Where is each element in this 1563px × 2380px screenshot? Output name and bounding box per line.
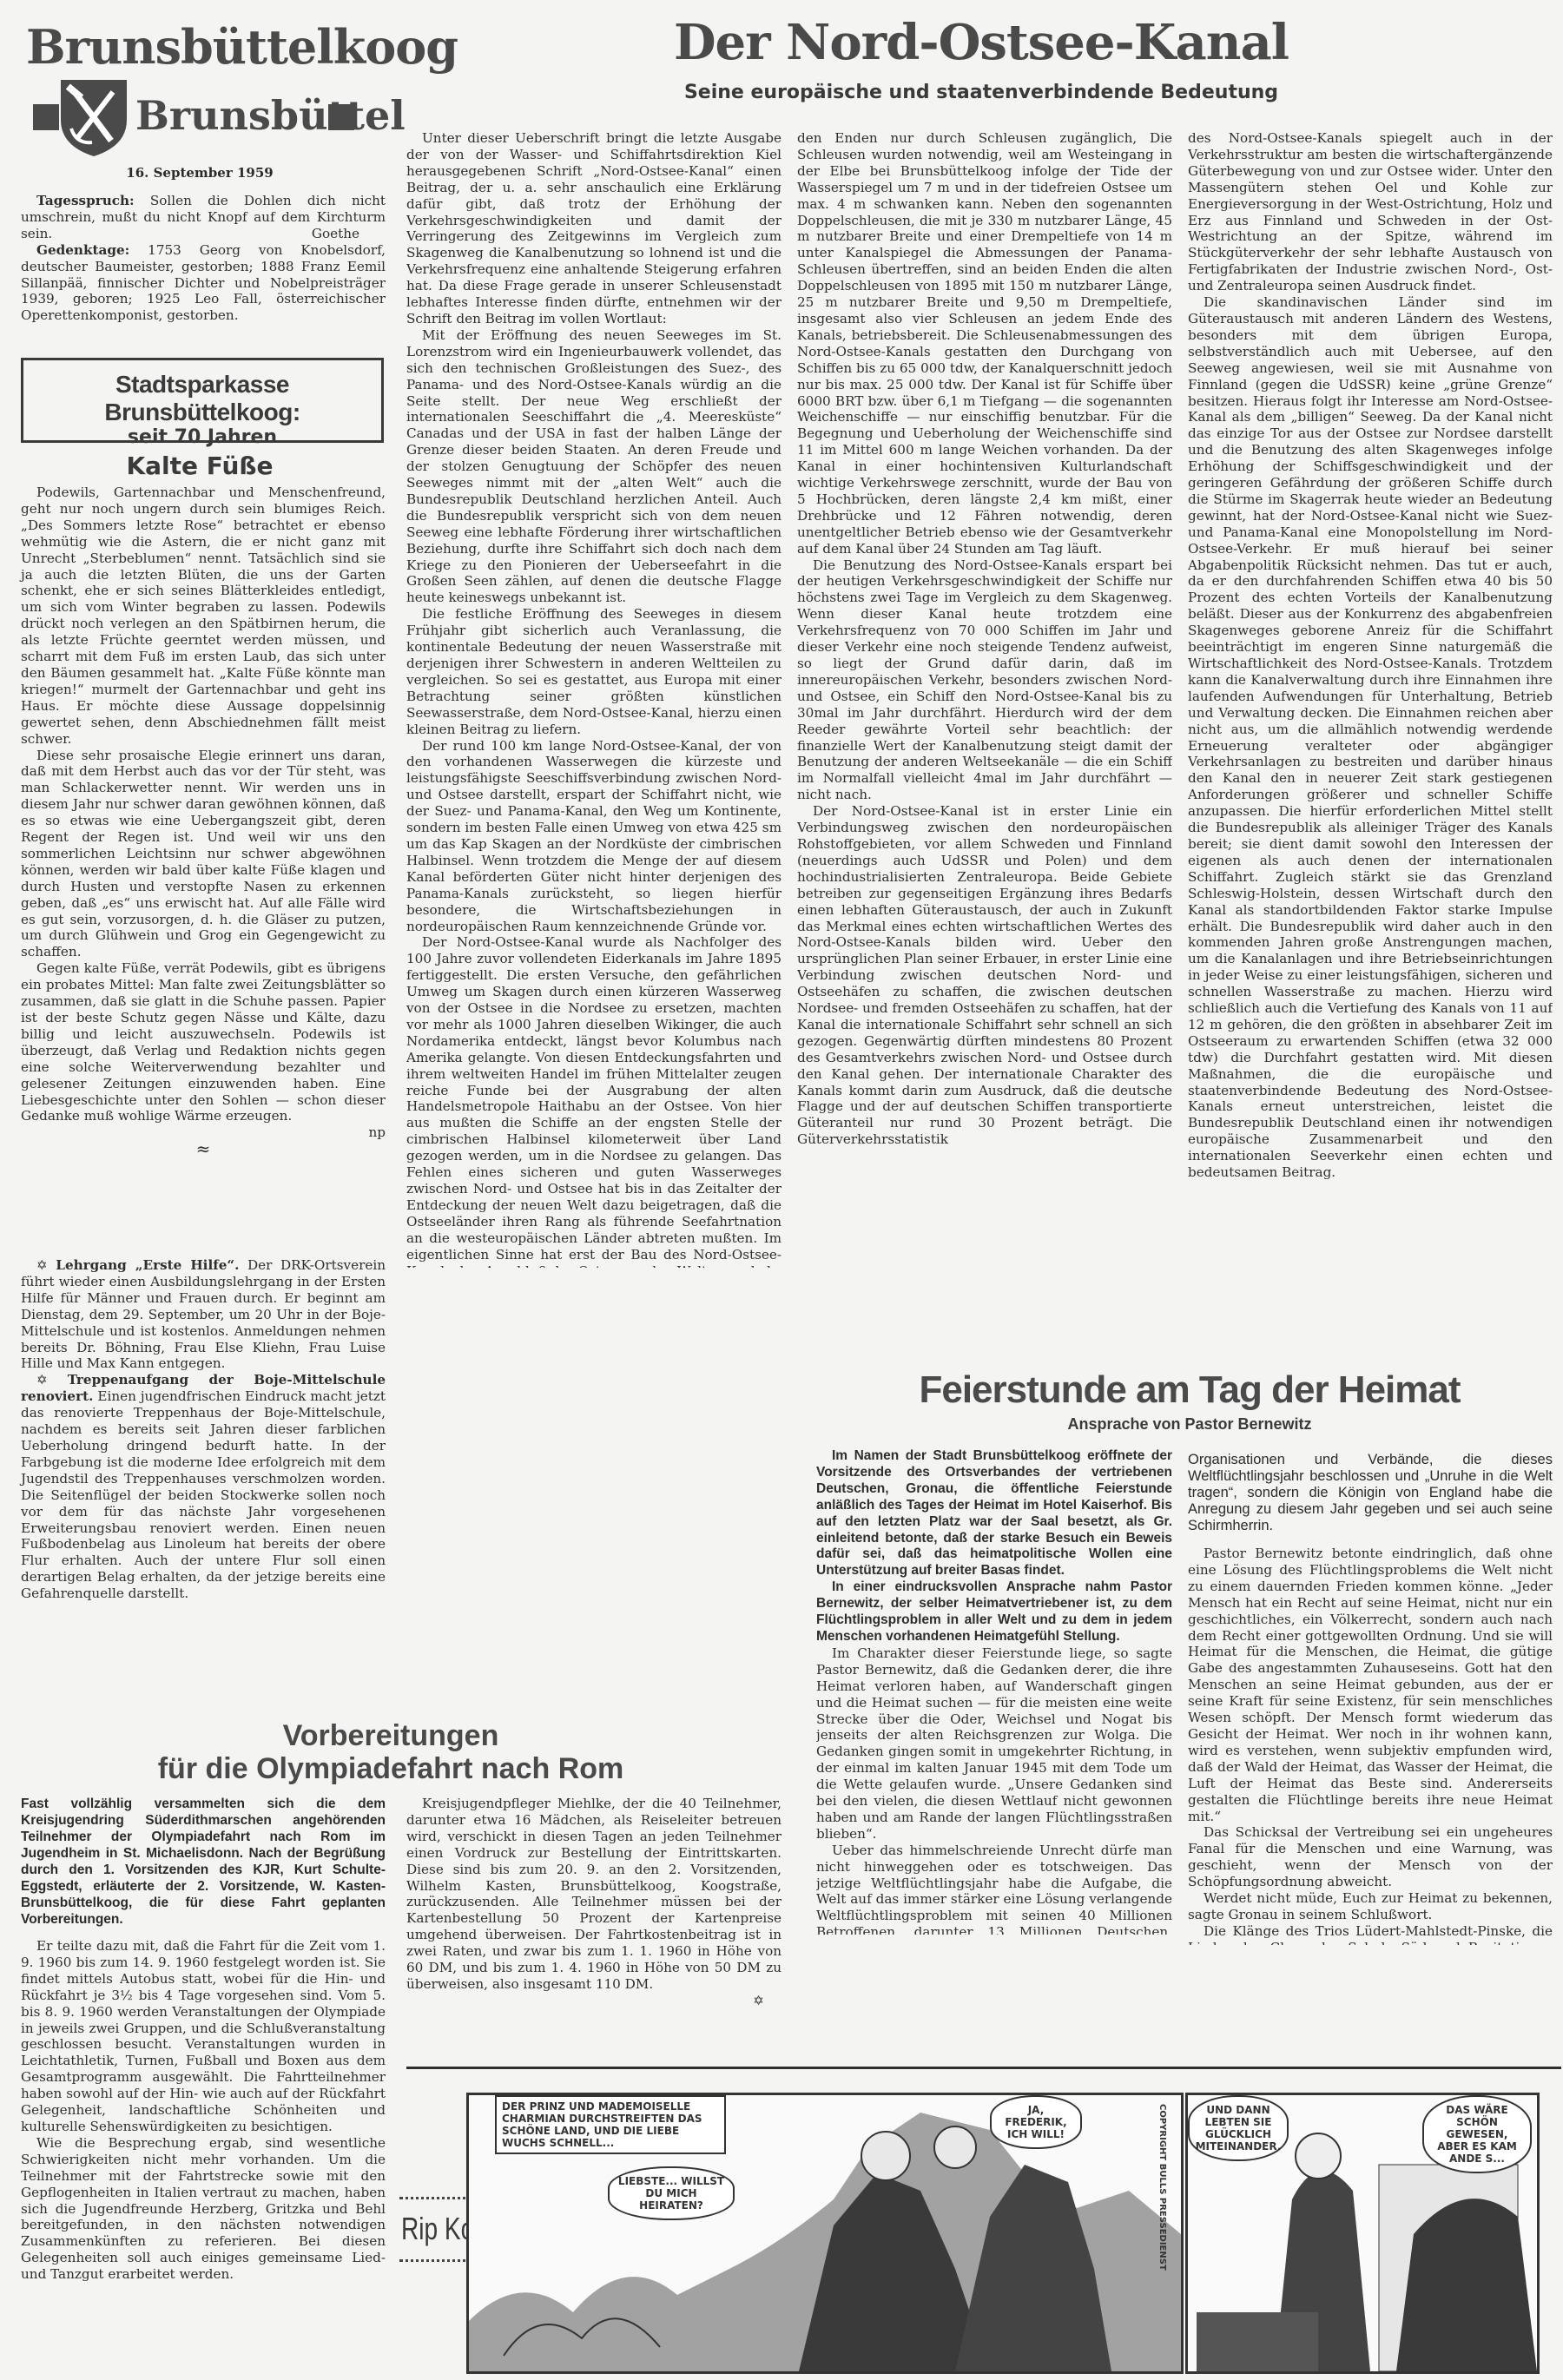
section-separator: ≈ [21,1141,386,1157]
news-headline: Lehrgang „Erste Hilfe“. [56,1257,239,1273]
paragraph: den Enden nur durch Schleusen zugänglich… [797,130,1172,557]
heimat-lead-2: In einer eindrucksvollen Ansprache nahm … [816,1579,1172,1645]
comic-caption: DER PRINZ UND MADEMOISELLE CHARMIAN DURC… [495,2095,726,2154]
paragraph: Das Schicksal der Vertreibung sei ein un… [1188,1824,1553,1890]
comic-copyright: COPYRIGHT BULLS PRESSEDIENST [1155,2104,1167,2364]
paragraph: Wie die Besprechung ergab, sind wesentli… [21,2135,386,2283]
paragraph: Werdet nicht müde, Euch zur Heimat zu be… [1188,1890,1553,1923]
saying-label: Tagesspruch: [36,193,135,208]
paragraph: Unter dieser Ueberschrift bringt die let… [406,130,781,327]
article-body-kalte-fuesse: Podewils, Gartennachbar und Menschenfreu… [21,485,386,1157]
paragraph: Die festliche Eröffnung des Seeweges in … [406,606,781,737]
paragraph: Die Benutzung des Nord-Ostsee-Kanals ers… [797,557,1172,804]
paragraph: Mit der Eröffnung des neuen Seeweges im … [406,327,781,606]
star-bullet-icon: ✡ [36,1257,48,1273]
speech-bubble: DAS WÄRE SCHÖN GEWESEN, ABER ES KAM ANDE… [1422,2095,1532,2173]
paragraph: Diese sehr prosaische Elegie erinnert un… [21,748,386,961]
news-text: Einen jugendfrischen Eindruck macht jetz… [21,1388,386,1601]
kanal-column-1: Unter dieser Ueberschrift bringt die let… [406,130,781,1268]
masthead-banner: Brunsbüttel [33,76,372,159]
article-title-heimat: Feierstunde am Tag der Heimat [816,1368,1563,1412]
saying-author: Goethe [296,226,359,242]
paragraph: des Nord-Ostsee-Kanals spiegelt auch in … [1188,130,1553,294]
speech-bubble: JA, FREDERIK, ICH WILL! [990,2095,1082,2149]
ad-box: Stadtsparkasse Brunsbüttelkoog: seit 70 … [21,358,384,443]
issue-date: 16. September 1959 [0,165,399,181]
crest-icon [57,76,130,158]
banner-ribbon-left [33,104,59,130]
news-text: Der DRK-Ortsverein führt wieder einen Au… [21,1257,386,1371]
heimat-column-2b: Pastor Bernewitz betonte eindringlich, d… [1188,1546,1553,1945]
paragraph: Organisationen und Verbände, die dieses … [1188,1452,1553,1534]
article-title-olympia: Vorbereitungen für die Olympiadefahrt na… [0,1719,781,1785]
paragraph: Die skandinavischen Länder sind im Güter… [1188,294,1553,1181]
paragraph: Der Nord-Ostsee-Kanal wurde als Nachfolg… [406,934,781,1268]
heimat-lead-1: Im Namen der Stadt Brunsbüttelkoog eröff… [816,1448,1172,1579]
paragraph: Der rund 100 km lange Nord-Ostsee-Kanal,… [406,738,781,935]
anniversaries-label: Gedenktage: [36,242,129,258]
short-news: ✡ Lehrgang „Erste Hilfe“. Der DRK-Ortsve… [21,1257,386,1602]
comic-panel-2: UND DANN LEBTEN SIE GLÜCKLICH MITEINANDE… [1185,2093,1540,2374]
speech-bubble: LIEBSTE... WILLST DU MICH HEIRATEN? [608,2166,735,2220]
end-star-icon: ✡ [406,1993,781,2009]
masthead-subtitle: Brunsbüttel [135,92,406,139]
divider-rule [406,2067,1561,2069]
article-title-kanal: Der Nord-Ostsee-Kanal [399,14,1563,71]
olympia-column-1: Er teilte dazu mit, daß die Fahrt für di… [21,1938,386,2283]
olympia-lead: Fast vollzählig versammelten sich die de… [21,1796,386,1928]
kanal-column-2: den Enden nur durch Schleusen zugänglich… [797,130,1172,1346]
article-title-kalte-fuesse: Kalte Füße [0,452,399,480]
heimat-column-1: Im Namen der Stadt Brunsbüttelkoog eröff… [816,1448,1172,1935]
speech-bubble: UND DANN LEBTEN SIE GLÜCKLICH MITEINANDE… [1188,2095,1289,2161]
paragraph: Er teilte dazu mit, daß die Fahrt für di… [21,1938,386,2135]
title-line-2: für die Olympiadefahrt nach Rom [0,1752,781,1785]
star-bullet-icon: ✡ [36,1372,48,1388]
comic-panel-1: DER PRINZ UND MADEMOISELLE CHARMIAN DURC… [466,2093,1184,2374]
ad-line-2: seit 70 Jahren [23,426,381,448]
paragraph: Ueber das himmelschreiende Unrecht dürfe… [816,1843,1172,1935]
title-line-1: Vorbereitungen [0,1719,781,1752]
paragraph: Die Klänge des Trios Lüdert-Mahlstedt-Pi… [1188,1923,1553,1945]
paragraph: Kreisjugendpfleger Miehlke, der die 40 T… [406,1796,781,1993]
paragraph: Podewils, Gartennachbar und Menschenfreu… [21,485,386,748]
paragraph: Im Charakter dieser Feierstunde liege, s… [816,1645,1172,1843]
paragraph: Pastor Bernewitz betonte eindringlich, d… [1188,1546,1553,1824]
kanal-column-3: des Nord-Ostsee-Kanals spiegelt auch in … [1188,130,1553,1346]
paragraph: Gegen kalte Füße, verrät Podewils, gibt … [21,960,386,1124]
paragraph: Der Nord-Ostsee-Kanal ist in erster Lini… [797,803,1172,1148]
ad-line-1: Stadtsparkasse Brunsbüttelkoog: [23,371,381,426]
article-subtitle-kanal: Seine europäische und staatenverbindende… [399,82,1563,103]
article-subtitle-heimat: Ansprache von Pastor Bernewitz [816,1415,1563,1434]
olympia-column-2: Kreisjugendpfleger Miehlke, der die 40 T… [406,1796,781,2009]
masthead-title: Brunsbüttelkoog [26,19,373,75]
daily-notes: Tagesspruch: Sollen die Dohlen dich nich… [21,193,386,324]
